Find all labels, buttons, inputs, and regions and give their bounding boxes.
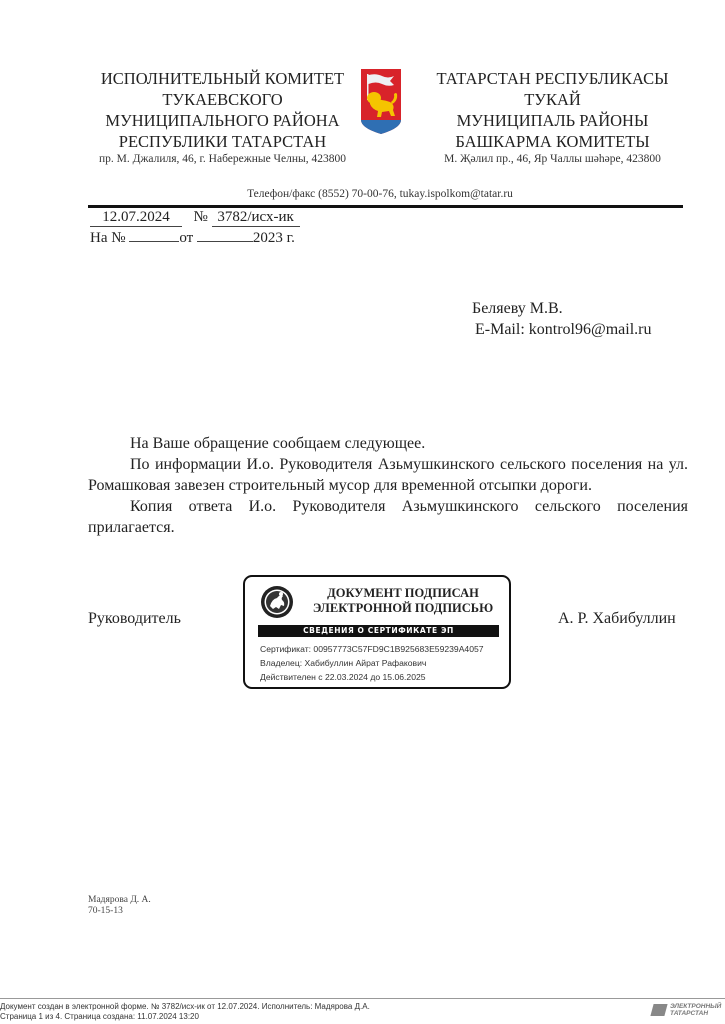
registration-line: 12.07.2024 № 3782/исх-ик	[90, 209, 300, 227]
electronic-tatarstan-logo-icon	[650, 1004, 667, 1016]
reference-from-label: от	[179, 230, 193, 246]
addressee-email: E-Mail: kontrol96@mail.ru	[472, 319, 651, 340]
executor-block: Мадярова Д. А. 70-15-13	[88, 895, 151, 917]
signatory-role: Руководитель	[88, 610, 181, 628]
stamp-validity: Действителен с 22.03.2024 до 15.06.2025	[260, 670, 484, 684]
letterhead-right-title: ТАТАРСТАН РЕСПУБЛИКАСЫ ТУКАЙ МУНИЦИПАЛЬ …	[420, 68, 685, 152]
body-paragraph: На Ваше обращение сообщаем следующее.	[88, 433, 688, 454]
footer-divider	[0, 998, 725, 999]
registration-date: 12.07.2024	[90, 209, 182, 227]
footer-line: Страница 1 из 4. Страница создана: 11.07…	[0, 1012, 370, 1022]
reference-date-blank	[197, 228, 253, 242]
executor-name: Мадярова Д. А.	[88, 895, 151, 906]
reference-year: 2023 г.	[253, 230, 295, 246]
stamp-title-line: ЭЛЕКТРОННОЙ ПОДПИСЬЮ	[303, 601, 503, 616]
letterhead-contacts: Телефон/факс (8552) 70-00-76, tukay.ispo…	[80, 188, 680, 200]
stamp-certificate-bar: СВЕДЕНИЯ О СЕРТИФИКАТЕ ЭП	[258, 625, 499, 637]
letterhead-left-address: пр. М. Джалиля, 46, г. Набережные Челны,…	[80, 153, 365, 165]
electronic-signature-stamp: ДОКУМЕНТ ПОДПИСАН ЭЛЕКТРОННОЙ ПОДПИСЬЮ С…	[243, 575, 511, 689]
stamp-certificate: Сертификат: 00957773C57FD9C1B925683E5923…	[260, 642, 484, 656]
executor-phone: 70-15-13	[88, 906, 151, 917]
registration-number-sign: №	[194, 209, 208, 225]
letterhead-left-line: МУНИЦИПАЛЬНОГО РАЙОНА	[80, 110, 365, 131]
letterhead-left-line: ИСПОЛНИТЕЛЬНЫЙ КОМИТЕТ	[80, 68, 365, 89]
footer-line: Документ создан в электронной форме. № 3…	[0, 1002, 370, 1012]
body-paragraph: Копия ответа И.о. Руководителя Азьмушкин…	[88, 496, 688, 538]
letterhead-divider	[88, 205, 683, 208]
letter-body: На Ваше обращение сообщаем следующее. По…	[88, 433, 688, 538]
reference-number-blank	[129, 228, 179, 242]
letterhead-left-line: РЕСПУБЛИКИ ТАТАРСТАН	[80, 131, 365, 152]
reference-line: На № от 2023 г.	[90, 228, 295, 247]
letterhead-right-line: ТАТАРСТАН РЕСПУБЛИКАСЫ	[420, 68, 685, 89]
addressee-block: Беляеву М.В. E-Mail: kontrol96@mail.ru	[472, 298, 651, 340]
addressee-name: Беляеву М.В.	[472, 298, 651, 319]
letterhead-left-line: ТУКАЕВСКОГО	[80, 89, 365, 110]
stamp-certificate-info: Сертификат: 00957773C57FD9C1B925683E5923…	[260, 642, 484, 684]
stamp-owner: Владелец: Хабибуллин Айрат Рафакович	[260, 656, 484, 670]
reference-label: На №	[90, 230, 126, 246]
footer-text: Документ создан в электронной форме. № 3…	[0, 1002, 370, 1022]
registration-number: 3782/исх-ик	[212, 209, 300, 227]
letterhead-right-line: МУНИЦИПАЛЬ РАЙОНЫ	[420, 110, 685, 131]
letterhead-left-title: ИСПОЛНИТЕЛЬНЫЙ КОМИТЕТ ТУКАЕВСКОГО МУНИЦ…	[80, 68, 365, 152]
letterhead-right-line: ТУКАЙ	[420, 89, 685, 110]
electronic-tatarstan-logo: ЭЛЕКТРОННЫЙ ТАТАРСТАН	[652, 1003, 720, 1019]
logo-text: ЭЛЕКТРОННЫЙ ТАТАРСТАН	[670, 1003, 721, 1017]
letterhead-right-address: М. Җәлил пр., 46, Яр Чаллы шәһәре, 42380…	[420, 153, 685, 165]
stamp-title-line: ДОКУМЕНТ ПОДПИСАН	[303, 586, 503, 601]
stamp-title: ДОКУМЕНТ ПОДПИСАН ЭЛЕКТРОННОЙ ПОДПИСЬЮ	[303, 586, 503, 616]
letterhead-right-line: БАШКАРМА КОМИТЕТЫ	[420, 131, 685, 152]
logo-text-line: ТАТАРСТАН	[670, 1010, 721, 1017]
signatory-name: А. Р. Хабибуллин	[558, 610, 676, 628]
tatarstan-emblem-icon	[260, 585, 294, 619]
logo-text-line: ЭЛЕКТРОННЫЙ	[670, 1003, 721, 1010]
coat-of-arms-lion-icon	[360, 68, 402, 136]
body-paragraph: По информации И.о. Руководителя Азьмушки…	[88, 454, 688, 496]
